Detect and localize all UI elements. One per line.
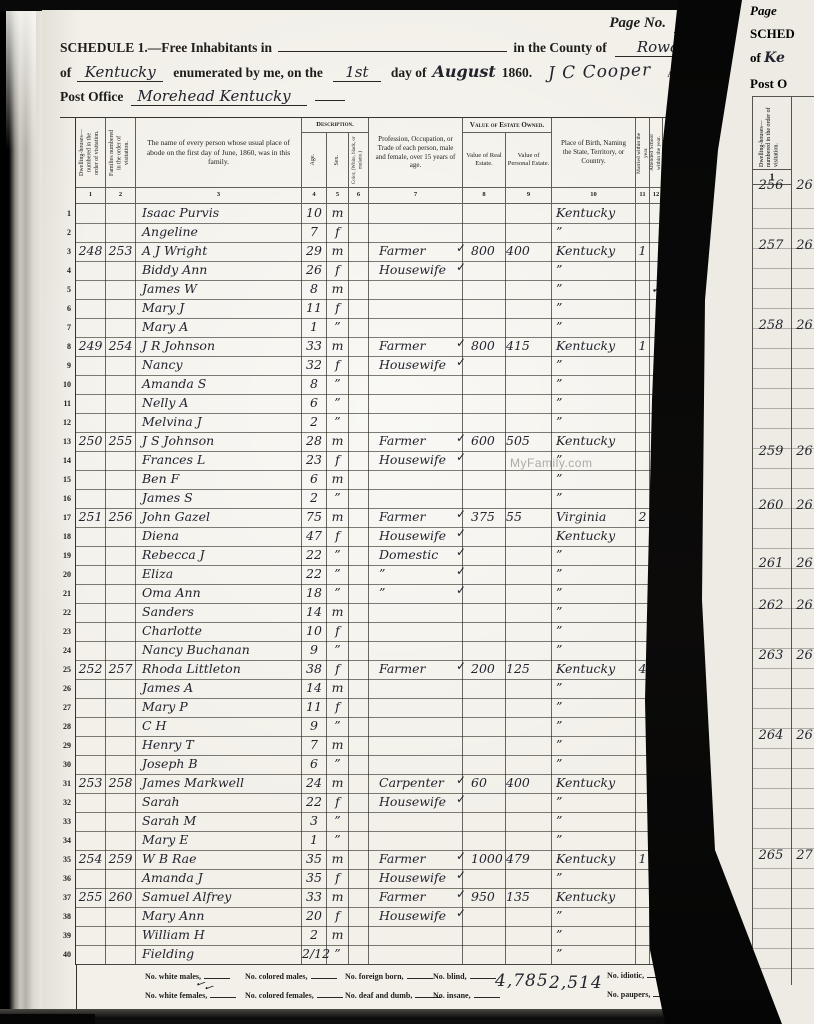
birthplace-cell: ” [552,280,636,300]
personal-estate-cell [506,204,552,224]
occupation-cell: Farmer [369,432,463,452]
occupation-cell [369,603,463,623]
personal-estate-cell [506,679,552,699]
line-number: 11 [60,394,76,414]
dwelling-number-cell [76,945,106,965]
color-cell [349,451,369,471]
family-number-cell [106,223,136,243]
age-cell: 2/12 [302,945,327,965]
age-cell: 2 [302,926,327,946]
personal-estate-cell [506,812,552,832]
family-number-cell [106,679,136,699]
dwelling-number-cell [76,299,106,319]
line-number: 26 [60,679,76,699]
name-cell: J S Johnson [136,432,302,452]
next-page-row: 265 27 [753,847,814,863]
table-row: 17 251 256 John Gazel 75 m Farmer ✓375 5… [60,508,748,527]
check-mark: ✓ [456,847,466,865]
table-row: 22 Sanders 14 m ” ✓ [60,603,748,622]
age-cell: 7 [302,223,327,243]
name-cell: Nancy Buchanan [136,641,302,661]
name-cell: William H [136,926,302,946]
birthplace-cell: Virginia [552,508,636,528]
personal-estate-cell [506,603,552,623]
name-cell: Biddy Ann [136,261,302,281]
occupation-cell: Farmer [369,337,463,357]
age-cell: 14 [302,679,327,699]
name-cell: Mary J [136,299,302,319]
real-estate-cell [463,698,506,718]
sex-cell: m [327,850,349,870]
age-cell: 8 [302,375,327,395]
family-number-cell [106,356,136,376]
dwelling-number-cell [76,489,106,509]
table-row: 2 Angeline 7 f ” [60,223,748,242]
personal-estate-cell: 55 [506,508,552,528]
family-number-cell [106,470,136,490]
footer-white-males: No. white males, [145,972,230,981]
sex-cell: m [327,337,349,357]
personal-estate-cell: 125 [506,660,552,680]
age-cell: 7 [302,736,327,756]
next-page-row: 264 26 [753,727,814,743]
family-number-cell [106,603,136,623]
color-cell [349,679,369,699]
line-number: 33 [60,812,76,832]
married-cell [636,318,650,338]
dwelling-number-cell [76,470,106,490]
color-cell [349,641,369,661]
line-number: 24 [60,641,76,661]
line-number: 6 [60,299,76,319]
table-row: 29 Henry T 7 m ” ✓ [60,736,748,755]
occupation-cell: Carpenter [369,774,463,794]
name-cell: Mary A [136,318,302,338]
age-cell: 9 [302,717,327,737]
next-page-dwelling-number: 257 [753,238,789,253]
real-estate-cell [463,204,506,224]
age-cell: 10 [302,204,327,224]
table-row: 20 Eliza 22 ” ” ✓ ” [60,565,748,584]
family-number-cell [106,869,136,889]
family-number-cell [106,375,136,395]
family-number-cell [106,299,136,319]
dwelling-number-cell: 249 [76,337,106,357]
real-estate-cell [463,736,506,756]
birthplace-cell: ” [552,413,636,433]
check-mark: ✓ [456,258,466,276]
age-cell: 33 [302,888,327,908]
personal-estate-cell: 400 [506,242,552,262]
real-estate-cell [463,755,506,775]
personal-estate-cell [506,489,552,509]
col-number-5: 5 [327,188,349,204]
birthplace-cell: ” [552,261,636,281]
col-color-header: Color, (White, black, or mulatto.) [349,133,369,188]
sex-cell: f [327,907,349,927]
col-real-estate-header: Value of Real Estate. [463,133,506,188]
table-row: 21 Oma Ann 18 ” ” ✓ ” [60,584,748,603]
birthplace-cell: ” [552,641,636,661]
line-number: 10 [60,375,76,395]
real-estate-cell: ✓ [463,869,506,889]
watermark: MyFamily.com [510,456,592,470]
color-cell [349,698,369,718]
personal-estate-cell: 415 [506,337,552,357]
name-cell: Joseph B [136,755,302,775]
line-number: 30 [60,755,76,775]
table-row: 12 Melvina J 2 ” ” [60,413,748,432]
occupation-cell [369,280,463,300]
row-number-gutter-header [60,118,76,204]
dwelling-number-cell: 255 [76,888,106,908]
name-cell: Angeline [136,223,302,243]
occupation-cell [369,318,463,338]
family-number-cell: 256 [106,508,136,528]
next-page-family-number: 26 [792,498,813,513]
birthplace-cell: ” [552,375,636,395]
family-number-cell [106,565,136,585]
next-page-row: 260 26 [753,497,814,513]
personal-estate-cell: 400 [506,774,552,794]
color-cell [349,755,369,775]
color-cell [349,527,369,547]
table-row: 27 Mary P 11 f ” [60,698,748,717]
personal-estate-cell [506,299,552,319]
personal-estate-cell: 479 [506,850,552,870]
name-cell: Mary Ann [136,907,302,927]
family-number-cell: 255 [106,432,136,452]
dwelling-number-cell: 252 [76,660,106,680]
color-cell [349,945,369,965]
sex-cell: m [327,280,349,300]
dwelling-number-cell [76,546,106,566]
line-number: 2 [60,223,76,243]
occupation-cell [369,926,463,946]
month-value: August [433,62,496,81]
scan-bottom-shadow [0,1009,760,1024]
table-row: 35 254 259 W B Rae 35 m Farmer ✓1000 479… [60,850,748,869]
occupation-cell: Housewife [369,356,463,376]
check-mark: ✓ [456,448,466,466]
sex-cell: ” [327,812,349,832]
next-page-dwelling-number: 263 [753,648,789,663]
name-cell: Nelly A [136,394,302,414]
occupation-cell [369,299,463,319]
post-office-value: Morehead Kentucky [131,87,307,106]
check-mark: ✓ [456,334,466,352]
family-number-cell [106,413,136,433]
col-name-header: The name of every person whose usual pla… [136,118,302,188]
married-cell [636,527,650,547]
sex-cell: m [327,470,349,490]
next-page-post-office: Post O [750,76,787,92]
real-estate-cell [463,622,506,642]
family-number-cell [106,945,136,965]
dwelling-number-cell [76,451,106,471]
dwelling-number-cell [76,394,106,414]
footer-white-females: No. white females, [145,991,236,1000]
birthplace-cell: ” [552,869,636,889]
line-number: 35 [60,850,76,870]
age-cell: 2 [302,489,327,509]
table-row: 33 Sarah M 3 ” ” [60,812,748,831]
check-mark: ✓ [456,904,466,922]
real-estate-cell: ✓ [463,451,506,471]
line-number: 31 [60,774,76,794]
birthplace-cell: Kentucky [552,888,636,908]
name-cell: Mary P [136,698,302,718]
table-row: 39 William H 2 m ” [60,926,748,945]
occupation-cell [369,204,463,224]
age-cell: 10 [302,622,327,642]
name-cell: Amanda S [136,375,302,395]
color-cell [349,603,369,623]
line-number: 9 [60,356,76,376]
occupation-cell [369,223,463,243]
table-row: 36 Amanda J 35 f Housewife ✓ ” [60,869,748,888]
book-left-edge [0,0,42,1024]
col-number-6: 6 [349,188,369,204]
married-cell [636,223,650,243]
dwelling-number-cell [76,603,106,623]
day-value: 1st [333,63,381,82]
sex-cell: f [327,261,349,281]
table-row: 18 Diena 47 f Housewife ✓ Kentucky [60,527,748,546]
sex-cell: f [327,869,349,889]
family-number-cell [106,641,136,661]
age-cell: 32 [302,356,327,376]
birthplace-cell: ” [552,793,636,813]
table-row: 13 250 255 J S Johnson 28 m Farmer ✓600 … [60,432,748,451]
married-cell [636,261,650,281]
table-row: 24 Nancy Buchanan 9 ” ” [60,641,748,660]
of-label: of [60,65,71,81]
personal-estate-cell [506,413,552,433]
next-page-family-number: 26 [792,178,813,193]
total-personal-estate: 2,514 [549,973,603,993]
line-number: 37 [60,888,76,908]
real-estate-cell: ✓800 [463,242,506,262]
family-number-cell [106,318,136,338]
real-estate-cell: ✓ [463,261,506,281]
dwelling-number-cell [76,356,106,376]
dwelling-number-cell: 253 [76,774,106,794]
real-estate-cell [463,945,506,965]
birthplace-cell: ” [552,831,636,851]
table-row: 3 248 253 A J Wright 29 m Farmer ✓800 40… [60,242,748,261]
next-page-family-number: 26 [792,444,813,459]
footer-deaf-dumb: No. deaf and dumb, [345,991,441,1000]
personal-estate-cell [506,907,552,927]
real-estate-cell [463,318,506,338]
table-row: 28 C H 9 ” ” [60,717,748,736]
age-cell: 28 [302,432,327,452]
check-mark: ✓ [456,429,466,447]
family-number-cell: 253 [106,242,136,262]
dwelling-number-cell [76,318,106,338]
color-cell [349,584,369,604]
col-number-2: 2 [106,188,136,204]
census-page: Page No. 34 SCHEDULE 1.—Free Inhabitants… [42,10,748,1010]
table-row: 40 Fielding 2/12 ” ” [60,945,748,964]
enumeration-line: of Kentucky enumerated by me, on the 1st… [60,62,748,87]
line-number: 13 [60,432,76,452]
name-cell: J R Johnson [136,337,302,357]
table-row: 10 Amanda S 8 ” ” [60,375,748,394]
real-estate-cell [463,280,506,300]
schedule-title-line: SCHEDULE 1.—Free Inhabitants in in the C… [60,38,748,62]
family-number-cell [106,831,136,851]
married-cell [636,413,650,433]
personal-estate-cell [506,736,552,756]
name-cell: James A [136,679,302,699]
check-mark: ✓ [456,790,466,808]
name-cell: Isaac Purvis [136,204,302,224]
county-label: in the County of [513,40,606,56]
next-page-family-number: 26 [792,728,813,743]
real-estate-cell [463,413,506,433]
col-number-11: 11 [636,188,650,204]
personal-estate-cell [506,565,552,585]
sex-cell: f [327,698,349,718]
page-number-label: Page No. [609,15,666,32]
real-estate-cell: ✓ [463,565,506,585]
sex-cell: ” [327,318,349,338]
family-number-cell [106,204,136,224]
line-number: 16 [60,489,76,509]
sex-cell: ” [327,394,349,414]
dwelling-number-cell [76,280,106,300]
age-cell: 47 [302,527,327,547]
sex-cell: ” [327,755,349,775]
age-cell: 22 [302,546,327,566]
col-family-header: Families numbered in the order of visita… [106,118,136,188]
sex-cell: m [327,242,349,262]
birthplace-cell: ” [552,223,636,243]
birthplace-cell: Kentucky [552,242,636,262]
personal-estate-cell [506,223,552,243]
color-cell [349,888,369,908]
census-scan: Page No. 34 SCHEDULE 1.—Free Inhabitants… [0,0,814,1024]
personal-estate-cell [506,261,552,281]
family-number-cell [106,736,136,756]
sex-cell: f [327,356,349,376]
dwelling-number-cell [76,204,106,224]
table-row: 30 Joseph B 6 ” ” [60,755,748,774]
table-row: 15 Ben F 6 m ” [60,470,748,489]
birthplace-cell: ” [552,565,636,585]
real-estate-cell: ✓800 [463,337,506,357]
birthplace-cell: Kentucky [552,850,636,870]
family-number-cell [106,546,136,566]
age-cell: 75 [302,508,327,528]
table-row: 25 252 257 Rhoda Littleton 38 f Farmer ✓… [60,660,748,679]
name-cell: Diena [136,527,302,547]
age-cell: 38 [302,660,327,680]
line-number: 19 [60,546,76,566]
occupation-cell [369,945,463,965]
married-cell [636,869,650,889]
dwelling-number-cell: 254 [76,850,106,870]
color-cell [349,926,369,946]
footer-blind: No. blind, [433,972,496,981]
personal-estate-cell [506,698,552,718]
sex-cell: f [327,451,349,471]
name-cell: Charlotte [136,622,302,642]
real-estate-cell: ✓950 [463,888,506,908]
line-number: 15 [60,470,76,490]
married-cell [636,432,650,452]
real-estate-cell [463,679,506,699]
real-estate-cell [463,603,506,623]
color-cell [349,850,369,870]
occupation-cell [369,470,463,490]
birthplace-cell: ” [552,318,636,338]
check-mark: ✓ [456,505,466,523]
name-cell: Oma Ann [136,584,302,604]
enumerated-label: enumerated by me, on the [173,65,323,81]
family-number-cell [106,280,136,300]
married-cell [636,926,650,946]
family-number-cell [106,527,136,547]
name-cell: Ben F [136,470,302,490]
name-cell: W B Rae [136,850,302,870]
next-page-row: 262 26 [753,597,814,613]
age-cell: 1 [302,318,327,338]
name-cell: Henry T [136,736,302,756]
next-page-dwelling-number: 264 [753,728,789,743]
age-cell: 11 [302,299,327,319]
birthplace-cell: ” [552,907,636,927]
occupation-cell [369,413,463,433]
age-cell: 33 [302,337,327,357]
personal-estate-cell [506,622,552,642]
married-cell [636,375,650,395]
next-page-state-hw: Ke [764,50,785,66]
occupation-cell: Housewife [369,793,463,813]
family-number-cell [106,812,136,832]
age-cell: 23 [302,451,327,471]
col-age-header: Age. [302,133,327,188]
table-row: 38 Mary Ann 20 f Housewife ✓ ” [60,907,748,926]
occupation-cell [369,755,463,775]
line-number: 22 [60,603,76,623]
birthplace-cell: ” [552,945,636,965]
personal-estate-cell [506,546,552,566]
post-office-label: Post Office [60,89,123,105]
next-page-of-line: of Ke [750,50,785,66]
table-row: 4 Biddy Ann 26 f Housewife ✓ ” [60,261,748,280]
real-estate-cell: ✓ [463,546,506,566]
personal-estate-cell [506,584,552,604]
check-mark: ✓ [456,885,466,903]
line-number: 27 [60,698,76,718]
family-number-cell [106,394,136,414]
table-row: 7 Mary A 1 ” ” [60,318,748,337]
dwelling-number-cell [76,926,106,946]
real-estate-cell [463,299,506,319]
birthplace-cell: ” [552,926,636,946]
age-cell: 22 [302,565,327,585]
next-page-rows: 256 26 257 26 258 26 259 26 260 26 261 2… [753,97,814,985]
color-cell [349,280,369,300]
occupation-cell [369,698,463,718]
dwelling-number-cell [76,375,106,395]
sex-cell: ” [327,831,349,851]
check-mark: ✓ [456,562,466,580]
married-cell [636,907,650,927]
